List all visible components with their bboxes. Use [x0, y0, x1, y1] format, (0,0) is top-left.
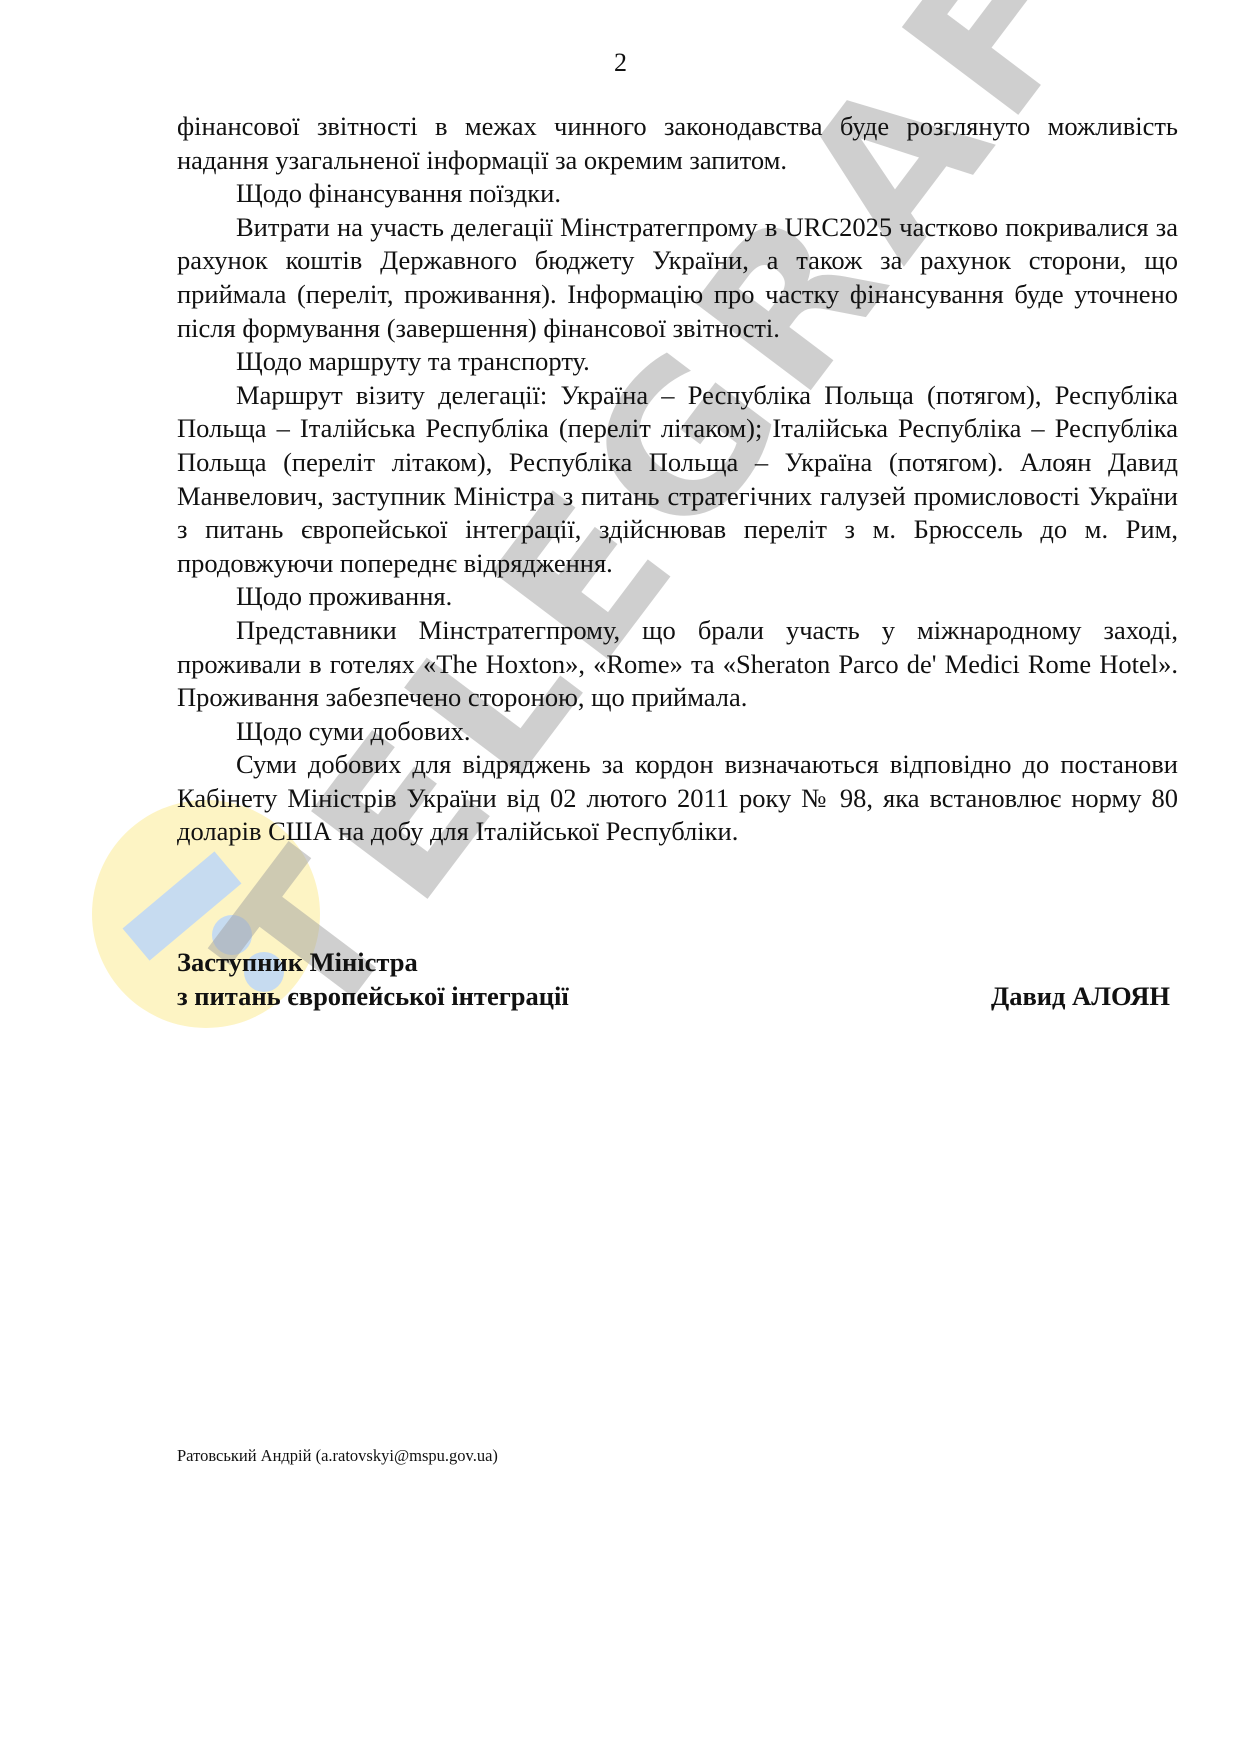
paragraph-continuation: фінансової звітності в межах чинного зак… [177, 110, 1178, 177]
section-heading-financing: Щодо фінансування поїздки. [177, 177, 1178, 211]
paragraph-financing: Витрати на участь делегації Мінстратегпр… [177, 211, 1178, 345]
signatory-title-line1: Заступник Міністра [177, 945, 418, 979]
executor-contact: Ратовський Андрій (a.ratovskyi@mspu.gov.… [177, 1446, 498, 1466]
document-page: 2 фінансової звітності в межах чинного з… [0, 0, 1241, 1754]
section-heading-route: Щодо маршруту та транспорту. [177, 345, 1178, 379]
signatory-name: Давид АЛОЯН [991, 979, 1170, 1013]
document-body: фінансової звітності в межах чинного зак… [177, 110, 1178, 849]
paragraph-route: Маршрут візиту делегації: Україна – Респ… [177, 379, 1178, 581]
signature-block: Заступник Міністра з питань європейської… [177, 945, 1170, 1013]
page-number: 2 [0, 48, 1241, 78]
section-heading-accommodation: Щодо проживання. [177, 580, 1178, 614]
paragraph-per-diem: Суми добових для відряджень за кордон ви… [177, 748, 1178, 849]
paragraph-accommodation: Представники Мінстратегпрому, що брали у… [177, 614, 1178, 715]
section-heading-per-diem: Щодо суми добових. [177, 715, 1178, 749]
signatory-title-line2: з питань європейської інтеграції [177, 979, 569, 1013]
